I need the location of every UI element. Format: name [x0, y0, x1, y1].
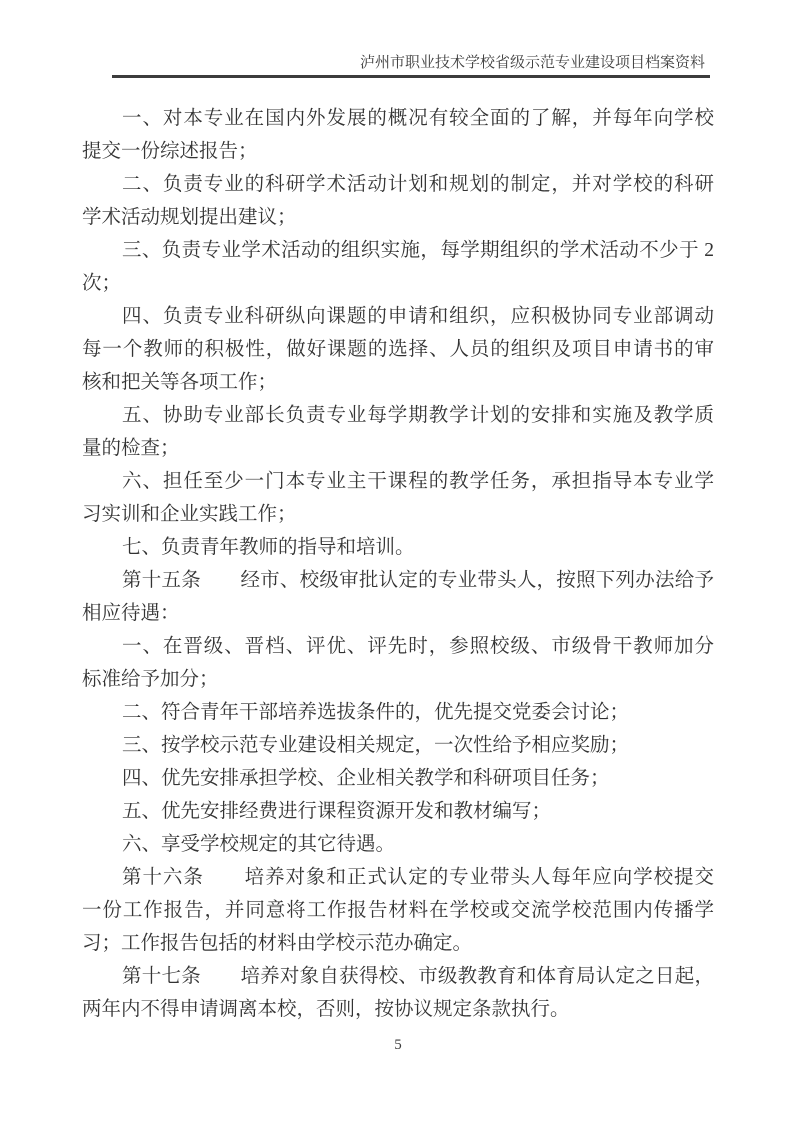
text-line: 第十五条 经市、校级审批认定的专业带头人，按照下列办法给予 — [82, 564, 714, 597]
text-line: 二、负责专业的科研学术活动计划和规划的制定，并对学校的科研 — [82, 168, 714, 201]
text-line: 每一个教师的积极性，做好课题的选择、人员的组织及项目申请书的审 — [82, 333, 714, 366]
text-line: 一份工作报告，并同意将工作报告材料在学校或交流学校范围内传播学 — [82, 894, 714, 927]
text-line: 三、负责专业学术活动的组织实施，每学期组织的学术活动不少于 2 — [82, 234, 714, 267]
text-line: 一、对本专业在国内外发展的概况有较全面的了解，并每年向学校 — [82, 102, 714, 135]
text-line: 次； — [82, 267, 714, 300]
text-line: 七、负责青年教师的指导和培训。 — [82, 531, 714, 564]
document-page: 泸州市职业技术学校省级示范专业建设项目档案资料 一、对本专业在国内外发展的概况有… — [0, 0, 793, 1122]
text-line: 二、符合青年干部培养选拔条件的，优先提交党委会讨论； — [82, 696, 714, 729]
text-line: 三、按学校示范专业建设相关规定，一次性给予相应奖励； — [82, 729, 714, 762]
text-line: 习实训和企业实践工作； — [82, 498, 714, 531]
text-line: 第十六条 培养对象和正式认定的专业带头人每年应向学校提交 — [82, 861, 714, 894]
text-line: 五、优先安排经费进行课程资源开发和教材编写； — [82, 795, 714, 828]
text-line: 量的检查； — [82, 432, 714, 465]
text-line: 习；工作报告包括的材料由学校示范办确定。 — [82, 927, 714, 960]
header-rule — [112, 75, 710, 78]
text-line: 六、担任至少一门本专业主干课程的教学任务，承担指导本专业学 — [82, 465, 714, 498]
text-line: 五、协助专业部长负责专业每学期教学计划的安排和实施及教学质 — [82, 399, 714, 432]
text-line: 提交一份综述报告； — [82, 135, 714, 168]
text-line: 第十七条 培养对象自获得校、市级教教育和体育局认定之日起， — [82, 960, 714, 993]
text-line: 两年内不得申请调离本校，否则，按协议规定条款执行。 — [82, 993, 714, 1026]
text-line: 一、在晋级、晋档、评优、评先时，参照校级、市级骨干教师加分 — [82, 630, 714, 663]
text-line: 核和把关等各项工作； — [82, 366, 714, 399]
text-line: 标准给予加分； — [82, 663, 714, 696]
text-line: 六、享受学校规定的其它待遇。 — [82, 828, 714, 861]
text-line: 相应待遇： — [82, 597, 714, 630]
page-number: 5 — [82, 1037, 714, 1054]
page-header-title: 泸州市职业技术学校省级示范专业建设项目档案资料 — [360, 53, 705, 73]
text-line: 四、负责专业科研纵向课题的申请和组织，应积极协同专业部调动 — [82, 300, 714, 333]
text-line: 四、优先安排承担学校、企业相关教学和科研项目任务； — [82, 762, 714, 795]
document-body: 一、对本专业在国内外发展的概况有较全面的了解，并每年向学校提交一份综述报告；二、… — [82, 102, 714, 1026]
text-line: 学术活动规划提出建议； — [82, 201, 714, 234]
